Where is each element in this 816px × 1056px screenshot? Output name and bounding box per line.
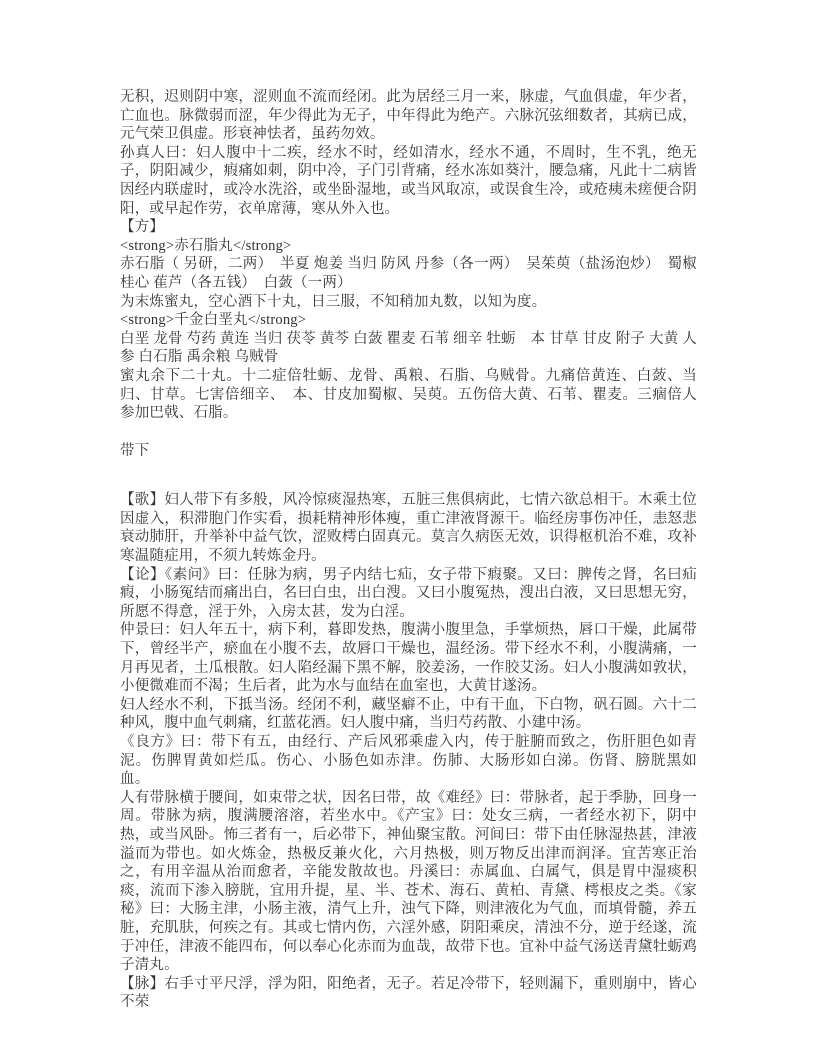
paragraph: 【脉】右手寸平尺浮，浮为阳，阳绝者，无子。若足冷带下，轻则漏下，重则崩中，皆心不… [120,975,697,1012]
document-body: 无积，迟则阴中寒，涩则血不流而经闭。此为居经三月一来，脉虚，气血俱虚，年少者，亡… [120,88,697,1012]
paragraph: 为末炼蜜丸，空心酒下十丸，日三服，不知稍加丸数，以知为度。 [120,293,697,312]
document-page: 无积，迟则阴中寒，涩则血不流而经闭。此为居经三月一来，脉虚，气血俱虚，年少者，亡… [0,0,816,1056]
paragraph: 蜜丸余下二十丸。十二症倍牡蛎、龙骨、禹粮、石脂、乌贼骨。九痛倍黄连、白蔹、当归、… [120,367,697,423]
paragraph: 人有带脉横于腰间，如束带之状，因名曰带，故《难经》曰：带脉者，起于季胁，回身一周… [120,789,697,975]
paragraph: 《良方》曰：带下有五，由经行、产后风邪乘虚入内，传于脏腑而致之，伤肝胆色如青泥。… [120,733,697,789]
paragraph: <strong>千金白垩丸</strong> [120,311,697,330]
paragraph: 妇人经水不利，下抵当汤。经闭不利，藏坚癖不止，中有干血，下白物，矾石圆。六十二种… [120,696,697,733]
paragraph: 【歌】妇人带下有多般，风冷惊痰湿热寒，五脏三焦俱病此，七情六欲总相干。木乘土位因… [120,491,697,565]
paragraph: 无积，迟则阴中寒，涩则血不流而经闭。此为居经三月一来，脉虚，气血俱虚，年少者，亡… [120,88,697,144]
paragraph: 白垩 龙骨 芍药 黄连 当归 茯苓 黄芩 白蔹 瞿麦 石苇 细辛 牡蛎 本 甘草… [120,330,697,367]
paragraph: <strong>赤石脂丸</strong> [120,237,697,256]
page: { "colors": { "background": "#ffffff", "… [0,0,816,1056]
paragraph: 赤石脂（ 另研，二两） 半夏 炮姜 当归 防风 丹参（各一两） 吴茱萸（盐汤泡炒… [120,255,697,292]
paragraph: 【方】 [120,218,697,237]
paragraph: 仲景曰：妇人年五十，病下利，暮即发热，腹满小腹里急，手掌烦热，唇口干燥，此属带下… [120,621,697,695]
paragraph: 孙真人曰：妇人腹中十二疾，经水不时，经如清水，经水不通，不周时，生不乳，绝无子，… [120,144,697,218]
paragraph: 【论】《素问》曰：任脉为病，男子内结七疝，女子带下瘕聚。又曰：脾传之肾，名曰疝瘕… [120,566,697,622]
section-heading: 带下 [120,442,697,461]
